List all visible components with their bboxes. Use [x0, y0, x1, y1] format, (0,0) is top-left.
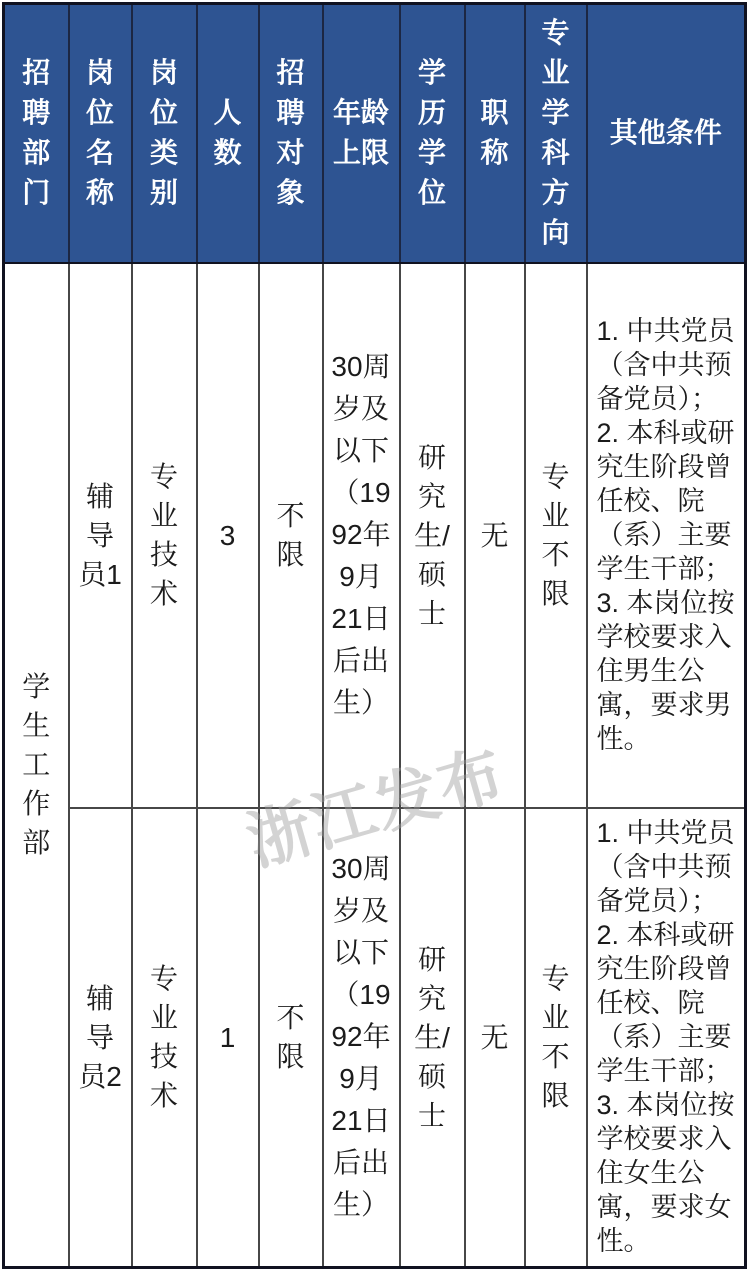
header-cell-major: 专 业 学 科 方 向: [525, 4, 587, 263]
cell-row1-degree: 研 究 生/ 硕 士: [400, 263, 465, 808]
cell-row2-age-limit: 30周 岁及 以下 （19 92年 9月 21日 后出 生）: [323, 808, 400, 1268]
cell-row1-headcount: 3: [197, 263, 259, 808]
cell-row2-title: 无: [465, 808, 525, 1268]
cell-row2-position: 辅 导 员2: [69, 808, 132, 1268]
cell-row2-target: 不 限: [259, 808, 323, 1268]
page: 招 聘 部 门 岗 位 名 称 岗 位 类 别 人 数 招 聘 对 象 年龄 上…: [0, 0, 750, 1285]
recruitment-table: 招 聘 部 门 岗 位 名 称 岗 位 类 别 人 数 招 聘 对 象 年龄 上…: [2, 2, 747, 1269]
cell-department: 学 生 工 作 部: [4, 263, 69, 1268]
header-cell-position: 岗 位 名 称: [69, 4, 132, 263]
cell-row2-category: 专 业 技 术: [132, 808, 197, 1268]
header-cell-degree: 学 历 学 位: [400, 4, 465, 263]
header-cell-title: 职 称: [465, 4, 525, 263]
header-cell-age-limit: 年龄 上限: [323, 4, 400, 263]
cell-row1-age-limit: 30周 岁及 以下 （19 92年 9月 21日 后出 生）: [323, 263, 400, 808]
table-row: 辅 导 员2 专 业 技 术 1 不 限 30周 岁及 以下 （19 92年 9…: [4, 808, 746, 1268]
header-cell-target: 招 聘 对 象: [259, 4, 323, 263]
cell-row2-degree: 研 究 生/ 硕 士: [400, 808, 465, 1268]
cell-row1-target: 不 限: [259, 263, 323, 808]
header-cell-department: 招 聘 部 门: [4, 4, 69, 263]
cell-row2-major: 专 业 不 限: [525, 808, 587, 1268]
cell-row1-title: 无: [465, 263, 525, 808]
cell-row2-other-conditions: 1. 中共党员 （含中共预 备党员）； 2. 本科或研 究生阶段曾 任校、院 （…: [587, 808, 746, 1268]
table-row: 学 生 工 作 部 辅 导 员1 专 业 技 术 3 不 限 30周 岁及 以下…: [4, 263, 746, 808]
header-cell-category: 岗 位 类 别: [132, 4, 197, 263]
cell-row1-position: 辅 导 员1: [69, 263, 132, 808]
cell-row2-headcount: 1: [197, 808, 259, 1268]
table-header-row: 招 聘 部 门 岗 位 名 称 岗 位 类 别 人 数 招 聘 对 象 年龄 上…: [4, 4, 746, 263]
header-cell-headcount: 人 数: [197, 4, 259, 263]
cell-row1-major: 专 业 不 限: [525, 263, 587, 808]
cell-row1-other-conditions: 1. 中共党员 （含中共预 备党员）； 2. 本科或研 究生阶段曾 任校、院 （…: [587, 263, 746, 808]
cell-row1-category: 专 业 技 术: [132, 263, 197, 808]
header-cell-other: 其他条件: [587, 4, 746, 263]
